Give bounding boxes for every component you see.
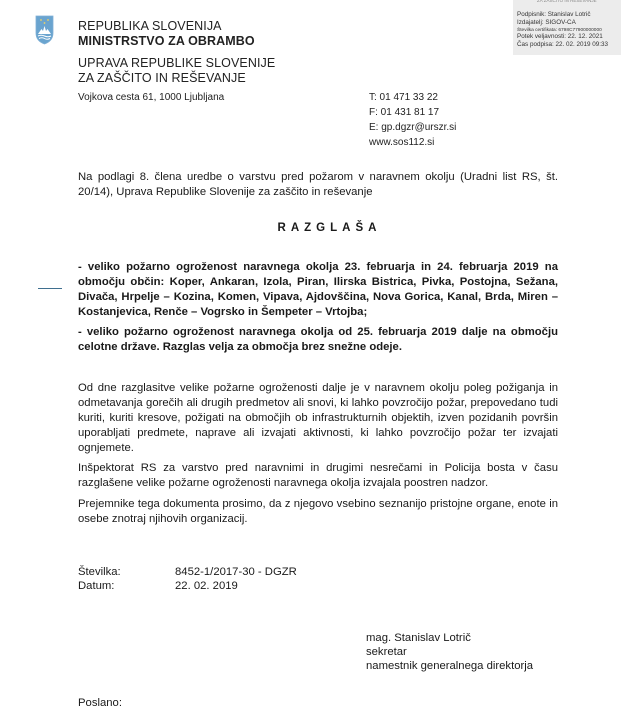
declaration-bullet-2: - veliko požarno ogroženost naravnega ok…: [78, 325, 558, 355]
supervision-paragraph: Inšpektorat RS za varstvo pred naravnimi…: [78, 461, 558, 491]
signer-name: mag. Stanislav Lotrič: [366, 631, 471, 646]
agency-name-line2: ZA ZAŠČITO IN REŠEVANJE: [78, 71, 246, 85]
margin-mark: [38, 288, 62, 289]
fax: F: 01 431 81 17: [369, 107, 439, 119]
date-value: 22. 02. 2019: [175, 580, 238, 592]
number-label: Številka:: [78, 566, 121, 578]
agency-name-line1: UPRAVA REPUBLIKE SLOVENIJE: [78, 56, 275, 70]
phone: T: 01 471 33 22: [369, 92, 438, 104]
signature-issuer: Izdajatelj: SIGOV-CA: [517, 19, 576, 27]
signature-time: Čas podpisa: 22. 02. 2019 09:33: [517, 41, 608, 49]
intro-text: Na podlagi 8. člena uredbe o varstvu pre…: [78, 171, 558, 198]
republic-name: REPUBLIKA SLOVENIJA: [78, 19, 222, 33]
date-label: Datum:: [78, 580, 114, 592]
slovenia-coat-of-arms-icon: [35, 15, 54, 45]
sent-to-label: Poslano:: [78, 697, 122, 709]
signature-validity: Potek veljavnosti: 22. 12. 2021: [517, 33, 603, 41]
recipients-paragraph: Prejemnike tega dokumenta prosimo, da z …: [78, 497, 558, 527]
ministry-name: MINISTRSTVO ZA OBRAMBO: [78, 34, 255, 48]
signature-stamp: ZA ZAŠČITO IN REŠEVANJE: [537, 0, 597, 3]
website-link[interactable]: www.sos112.si: [369, 137, 434, 149]
declaration-bullet-1: - veliko požarno ogroženost naravnega ok…: [78, 260, 558, 320]
prohibitions-paragraph: Od dne razglasitve velike požarne ogrože…: [78, 381, 558, 456]
signature-signer: Podpisnik: Stanislav Lotrič: [517, 11, 591, 19]
document-title: RAZGLAŠA: [0, 222, 621, 234]
signer-role: sekretar: [366, 645, 407, 660]
signer-title: namestnik generalnega direktorja: [366, 659, 533, 674]
email-link[interactable]: E: gp.dgzr@urszr.si: [369, 122, 456, 134]
intro-paragraph: Na podlagi 8. člena uredbe o varstvu pre…: [78, 170, 558, 200]
digital-signature-box: ZA ZAŠČITO IN REŠEVANJE Podpisnik: Stani…: [513, 0, 621, 55]
number-value: 8452-1/2017-30 - DGZR: [175, 566, 297, 578]
address: Vojkova cesta 61, 1000 Ljubljana: [78, 92, 224, 103]
